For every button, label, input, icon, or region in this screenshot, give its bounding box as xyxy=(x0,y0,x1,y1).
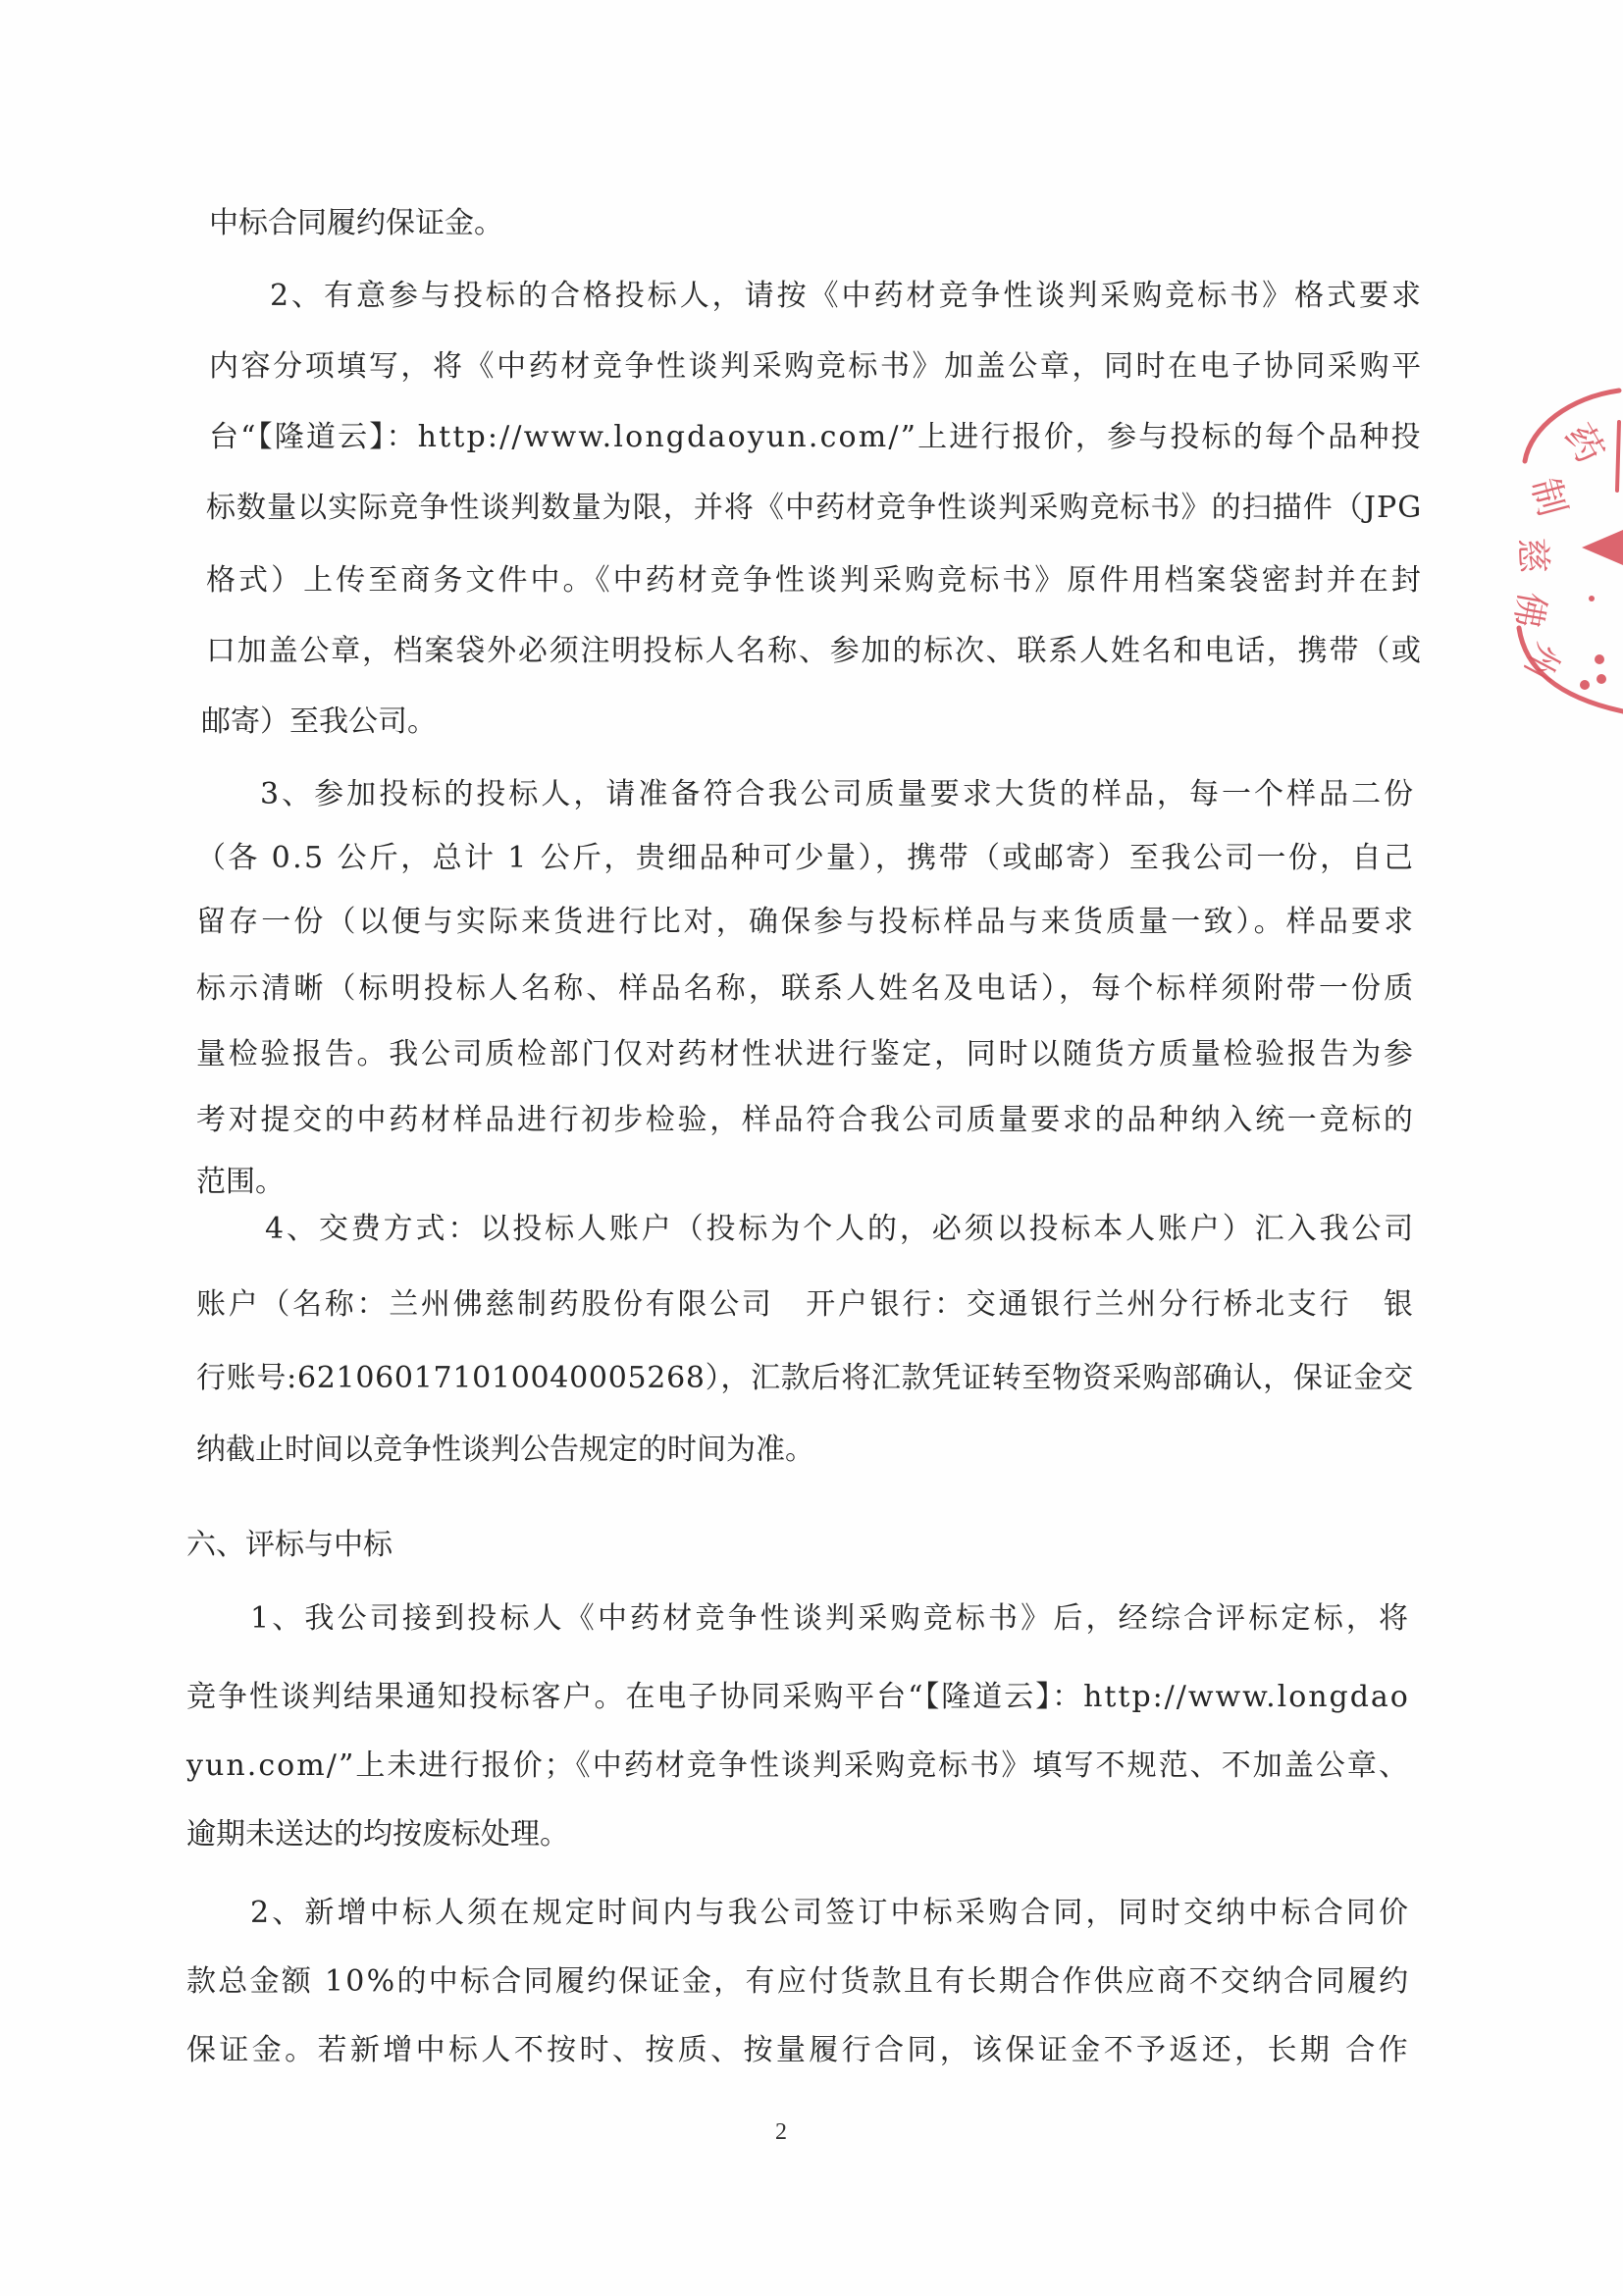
text-line: 3、参加投标的投标人，请准备符合我公司质量要求大货的样品，每一个样品二份 xyxy=(260,775,1416,814)
company-seal-stamp: 药 制 慈 佛 州 xyxy=(1511,373,1623,726)
text-line: 留存一份（以便与实际来货进行比对，确保参与投标样品与来货质量一致）。样品要求 xyxy=(196,903,1416,942)
text-line: 4、交费方式：以投标人账户（投标为个人的，必须以投标本人账户）汇入我公司 xyxy=(265,1210,1416,1249)
text-line: 账户（名称：兰州佛慈制药股份有限公司 开户银行：交通银行兰州分行桥北支行 银 xyxy=(196,1285,1416,1325)
stamp-char: 佛 xyxy=(1511,589,1552,631)
text-line: 纳截止时间以竞争性谈判公告规定的时间为准。 xyxy=(196,1431,814,1470)
text-line: 1、我公司接到投标人《中药材竞争性谈判采购竞标书》后，经综合评标定标，将 xyxy=(250,1599,1411,1639)
text-line: 中标合同履约保证金。 xyxy=(209,204,503,243)
text-line: 标示清晰（标明投标人名称、样品名称，联系人姓名及电话），每个标样须附带一份质 xyxy=(196,969,1416,1009)
text-line: 范围。 xyxy=(196,1163,285,1202)
stamp-char: 慈 xyxy=(1511,537,1552,573)
text-line: 行账号:621060171010040005268），汇款后将汇款凭证转至物资采… xyxy=(196,1359,1414,1398)
text-line: 台“【隆道云】：http://www.longdaoyun.com/”上进行报价… xyxy=(209,418,1423,457)
text-line: 竞争性谈判结果通知投标客户。在电子协同采购平台“【隆道云】：http://www… xyxy=(186,1678,1410,1717)
text-line: 2、新增中标人须在规定时间内与我公司签订中标采购合同，同时交纳中标合同价 xyxy=(250,1894,1411,1933)
text-line: 标数量以实际竞争性谈判数量为限，并将《中药材竞争性谈判采购竞标书》的扫描件（JP… xyxy=(206,489,1422,528)
text-line: 格式）上传至商务文件中。《中药材竞争性谈判采购竞标书》原件用档案袋密封并在封 xyxy=(206,561,1424,600)
text-line: 逾期未送达的均按废标处理。 xyxy=(186,1815,569,1854)
page-number: 2 xyxy=(775,2119,787,2146)
document-page: 中标合同履约保证金。2、有意参与投标的合格投标人，请按《中药材竞争性谈判采购竞标… xyxy=(0,0,1623,2296)
text-line: 内容分项填写，将《中药材竞争性谈判采购竞标书》加盖公章，同时在电子协同采购平 xyxy=(209,347,1424,387)
text-line: 六、评标与中标 xyxy=(186,1526,393,1565)
stamp-char: 制 xyxy=(1523,473,1574,520)
text-line: 考对提交的中药材样品进行初步检验，样品符合我公司质量要求的品种纳入统一竞标的 xyxy=(196,1101,1416,1140)
text-line: 款总金额 10%的中标合同履约保证金，有应付货款且有长期合作供应商不交纳合同履约 xyxy=(186,1962,1410,2002)
stamp-char: 州 xyxy=(1516,637,1568,687)
text-line: 量检验报告。我公司质检部门仅对药材性状进行鉴定，同时以随货方质量检验报告为参 xyxy=(196,1035,1416,1074)
stamp-char: 药 xyxy=(1556,417,1612,471)
text-line: （各 0.5 公斤，总计 1 公斤，贵细品种可少量），携带（或邮寄）至我公司一份… xyxy=(196,839,1415,878)
text-line: 邮寄）至我公司。 xyxy=(201,703,437,742)
text-line: 口加盖公章，档案袋外必须注明投标人名称、参加的标次、联系人姓名和电话，携带（或 xyxy=(206,632,1423,671)
text-line: 2、有意参与投标的合格投标人，请按《中药材竞争性谈判采购竞标书》格式要求 xyxy=(270,277,1424,316)
text-line: yun.com/”上未进行报价；《中药材竞争性谈判采购竞标书》填写不规范、不加盖… xyxy=(186,1747,1410,1786)
text-line: 保证金。若新增中标人不按时、按质、按量履行合同，该保证金不予返还，长期 合作 xyxy=(186,2031,1411,2070)
